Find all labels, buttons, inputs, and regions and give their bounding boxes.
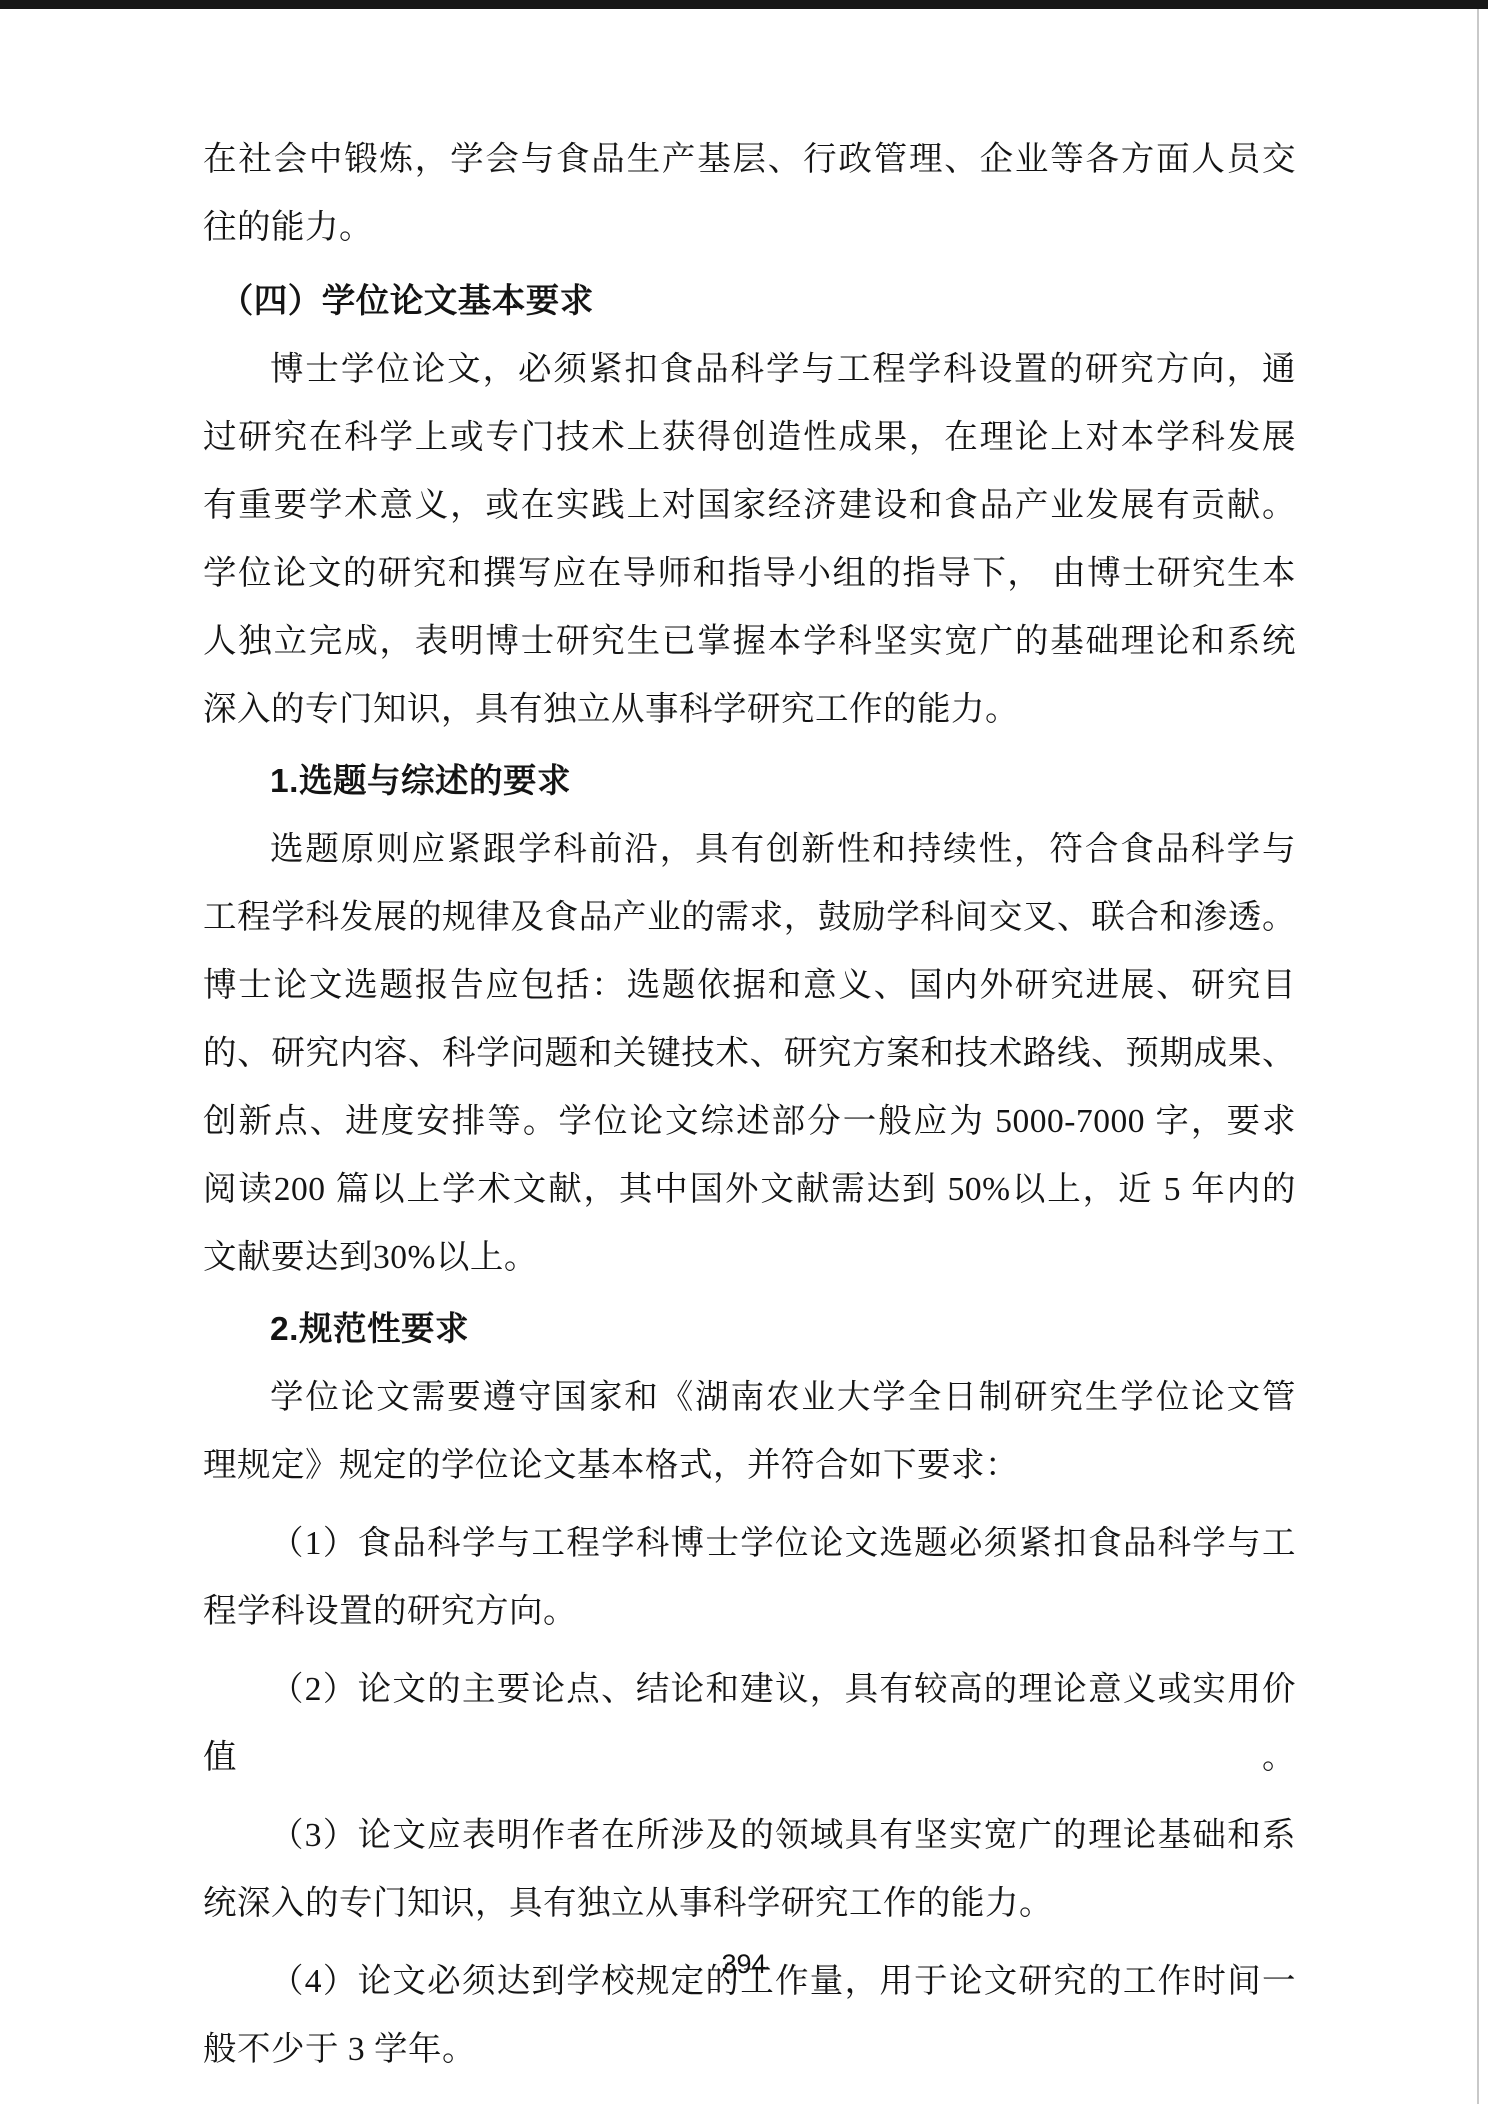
text-line: 博士论文选题报告应包括：选题依据和意义、国内外研究进展、研究目	[203, 952, 1296, 1020]
section-heading: （四）学位论文基本要求	[203, 268, 1296, 336]
text-line: 工程学科发展的规律及食品产业的需求，鼓励学科间交叉、联合和渗透。	[203, 884, 1296, 952]
text-line: 阅读200 篇以上学术文献，其中国外文献需达到 50%以上，近 5 年内的	[203, 1156, 1296, 1224]
subsection-heading: 2.规范性要求	[203, 1296, 1296, 1364]
list-item-line: 程学科设置的研究方向。	[203, 1578, 1296, 1646]
text-line: 的、研究内容、科学问题和关键技术、研究方案和技术路线、预期成果、	[203, 1020, 1296, 1088]
list-item-line: （3）论文应表明作者在所涉及的领域具有坚实宽广的理论基础和系	[203, 1802, 1296, 1870]
text-line: 理规定》规定的学位论文基本格式，并符合如下要求：	[203, 1432, 1296, 1500]
text-line: 博士学位论文，必须紧扣食品科学与工程学科设置的研究方向，通	[203, 336, 1296, 404]
page-number: 394	[0, 1948, 1488, 1980]
text-line: 往的能力。	[203, 194, 1296, 262]
list-item-line: 般不少于 3 学年。	[203, 2016, 1296, 2084]
text-line: 在社会中锻炼，学会与食品生产基层、行政管理、企业等各方面人员交	[203, 126, 1296, 194]
page-content: 在社会中锻炼，学会与食品生产基层、行政管理、企业等各方面人员交 往的能力。 （四…	[203, 126, 1296, 2084]
text-line: 过研究在科学上或专门技术上获得创造性成果，在理论上对本学科发展	[203, 404, 1296, 472]
text-line: 学位论文需要遵守国家和《湖南农业大学全日制研究生学位论文管	[203, 1364, 1296, 1432]
subsection-heading: 1.选题与综述的要求	[203, 748, 1296, 816]
top-bar	[0, 0, 1488, 9]
text-line: 文献要达到30%以上。	[203, 1224, 1296, 1292]
page-right-edge-line	[1477, 9, 1479, 2104]
list-item-line: （1）食品科学与工程学科博士学位论文选题必须紧扣食品科学与工	[203, 1510, 1296, 1578]
list-item-line: （2）论文的主要论点、结论和建议，具有较高的理论意义或实用价值。	[203, 1656, 1296, 1792]
text-line: 学位论文的研究和撰写应在导师和指导小组的指导下， 由博士研究生本	[203, 540, 1296, 608]
text-line: 有重要学术意义，或在实践上对国家经济建设和食品产业发展有贡献。	[203, 472, 1296, 540]
text-line: 创新点、进度安排等。学位论文综述部分一般应为 5000-7000 字，要求	[203, 1088, 1296, 1156]
text-line: 人独立完成，表明博士研究生已掌握本学科坚实宽广的基础理论和系统	[203, 608, 1296, 676]
text-line: 深入的专门知识，具有独立从事科学研究工作的能力。	[203, 676, 1296, 744]
list-item-line: 统深入的专门知识，具有独立从事科学研究工作的能力。	[203, 1870, 1296, 1938]
text-line: 选题原则应紧跟学科前沿，具有创新性和持续性，符合食品科学与	[203, 816, 1296, 884]
